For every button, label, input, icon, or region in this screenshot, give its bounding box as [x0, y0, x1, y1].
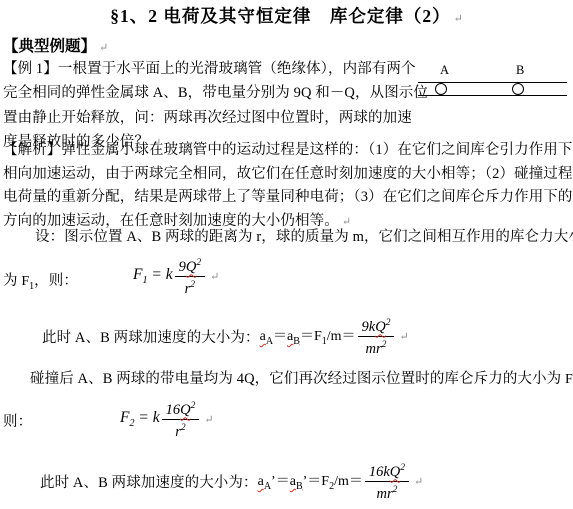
charge-symbol: Q [375, 319, 385, 335]
acceleration-line-1: 此时 A、B 两球加速度的大小为： aA＝aB＝F1/m＝ 9kQ2 mr2 ↵ [42, 312, 409, 360]
formula-f1-lhs: F1 = k [133, 266, 173, 286]
numerator: 9Q2 [175, 256, 205, 276]
numerator-exponent: 2 [191, 401, 196, 411]
denominator: mr2 [358, 336, 395, 357]
fraction: 16kQ2 mr2 [365, 461, 409, 502]
fraction: 9kQ2 mr2 [358, 316, 395, 357]
numerator-coef: 9 [179, 259, 186, 275]
numerator-coef: 9 [362, 319, 369, 335]
example-line: 置由静止开始释放，问：两球再次经过图中位置时，两球的加速 [3, 106, 418, 130]
coulomb-constant: k [166, 266, 173, 283]
equals-sign: = [151, 266, 161, 283]
acceleration-line-2: 此时 A、B 两球加速度的大小为： aA’＝aB’＝F2/m＝ 16kQ2 mr… [40, 456, 423, 506]
setup-continuation-pre: 为 [3, 273, 21, 289]
page-title-text: §1、2 电荷及其守恒定律 库仑定律（2） [110, 6, 450, 26]
acceleration-lead: 此时 A、B 两球加速度的大小为： [42, 326, 260, 347]
example-line: 【例 1】一根置于水平面上的光滑玻璃管（绝缘体），内部有两个 [3, 57, 418, 81]
per-mass: /m＝ [327, 329, 356, 344]
analysis-line: 【解析】弹性金属小球在玻璃管中的运动过程是这样的：（1）在它们之间库仑引力作用下… [3, 139, 573, 163]
a-sub-A: aA [260, 329, 273, 344]
equals-sign: = [138, 409, 148, 426]
fraction: 16Q2 r2 [162, 399, 200, 440]
charge-symbol: Q [186, 259, 196, 275]
fullwidth-equals: ＝ [300, 329, 314, 344]
fullwidth-equals: ＝ [307, 474, 321, 489]
denominator-exponent: 2 [382, 340, 387, 350]
paragraph-mark-icon: ↵ [414, 475, 423, 488]
paragraph-mark-icon: ↵ [204, 413, 213, 426]
fullwidth-equals: ＝ [276, 474, 290, 489]
acceleration-equation: aA’＝aB’＝F2/m＝ [258, 470, 363, 492]
a-sub: A [264, 481, 271, 492]
a-sub-B: aB [290, 474, 303, 489]
paragraph-mark-icon: ↵ [399, 330, 408, 343]
section-heading: 【典型例题】↵ [3, 34, 108, 56]
a-sub: B [296, 481, 303, 492]
then-label: 则： [3, 410, 32, 431]
force-letter: F [321, 474, 329, 489]
example-line: 完全相同的弹性金属球 A、B，带电量分别为 9Q 和－Q，从图示位 [3, 81, 418, 105]
coulomb-constant: k [153, 409, 160, 426]
numerator: 16Q2 [162, 399, 200, 419]
numerator-exponent: 2 [386, 318, 391, 328]
a-sub-A: aA [258, 474, 271, 489]
denominator: mr2 [365, 481, 409, 502]
denominator-exponent: 2 [393, 485, 398, 495]
charge-symbol: Q [180, 402, 190, 418]
numerator-coef: 16 [369, 464, 384, 480]
ball-b-label: B [516, 63, 524, 78]
ball-a-label: A [440, 63, 449, 78]
numerator-coef: 16 [166, 402, 181, 418]
collision-line-pre: 碰撞后 A、B 两球的带电量均为 4Q，它们再次经过图示位置时的库仑斥力的大小为 [30, 371, 565, 387]
numerator-exponent: 2 [196, 258, 201, 268]
acceleration-lead: 此时 A、B 两球加速度的大小为： [40, 471, 258, 492]
ball-b-icon [512, 83, 524, 95]
charge-symbol: Q [390, 464, 400, 480]
a-sub: B [293, 336, 300, 347]
f2-symbol-letter: F [565, 372, 573, 387]
formula-f2-lhs: F2 = k [120, 409, 160, 429]
glass-tube [418, 82, 567, 96]
denominator-exponent: 2 [190, 280, 195, 290]
denominator-var: mr [377, 485, 393, 501]
denominator: r2 [175, 276, 205, 297]
ball-a-icon [435, 83, 447, 95]
collision-line: 碰撞后 A、B 两球的带电量均为 4Q，它们再次经过图示位置时的库仑斥力的大小为… [30, 367, 573, 390]
fraction: 9Q2 r2 [175, 256, 205, 297]
paragraph-mark-icon: ↵ [454, 13, 463, 25]
numerator: 16kQ2 [365, 461, 409, 481]
setup-line: 设：图示位置 A、B 两球的距离为 r，球的质量为 m，它们之间相互作用的库仑力… [35, 225, 573, 246]
force-letter: F [314, 329, 322, 344]
tube-diagram: A B [418, 63, 568, 113]
a-sub-B: aB [287, 329, 300, 344]
numerator-exponent: 2 [400, 463, 405, 473]
section-heading-text: 【典型例题】 [3, 38, 96, 55]
fullwidth-equals: ＝ [273, 329, 287, 344]
paragraph-mark-icon: ↵ [210, 270, 219, 283]
formula-f2: F2 = k 16Q2 r2 ↵ [120, 395, 214, 443]
denominator-exponent: 2 [181, 423, 186, 433]
page-title: §1、2 电荷及其守恒定律 库仑定律（2）↵ [0, 3, 573, 28]
numerator: 9kQ2 [358, 316, 395, 336]
denominator-var: mr [366, 340, 382, 356]
analysis-line: 相向加速运动，由于两球完全相同，故它们在任意时刻加速度的大小相等；（2）碰撞过程… [3, 163, 573, 187]
a-sub: A [266, 336, 273, 347]
formula-f1: F1 = k 9Q2 r2 ↵ [133, 252, 219, 300]
formula-f2-sub: 2 [129, 418, 134, 429]
analysis-line: 电荷量的重新分配，结果是两球带上了等量同种电荷；（3）在它们之间库仑斥力作用下的… [3, 186, 573, 210]
acceleration-equation: aA＝aB＝F1/m＝ [260, 325, 356, 347]
analysis-paragraph: 【解析】弹性金属小球在玻璃管中的运动过程是这样的：（1）在它们之间库仑引力作用下… [3, 139, 573, 234]
paragraph-mark-icon: ↵ [99, 42, 108, 54]
formula-f1-sub: 1 [142, 275, 147, 286]
setup-continuation-post: ，则： [34, 273, 78, 289]
f1-symbol-letter: F [21, 274, 29, 289]
f2-symbol: F2 [565, 372, 573, 387]
per-mass: /m＝ [334, 474, 363, 489]
f1-symbol: F1 [21, 274, 34, 289]
denominator: r2 [162, 419, 200, 440]
setup-continuation: 为 F1，则： [3, 269, 78, 292]
